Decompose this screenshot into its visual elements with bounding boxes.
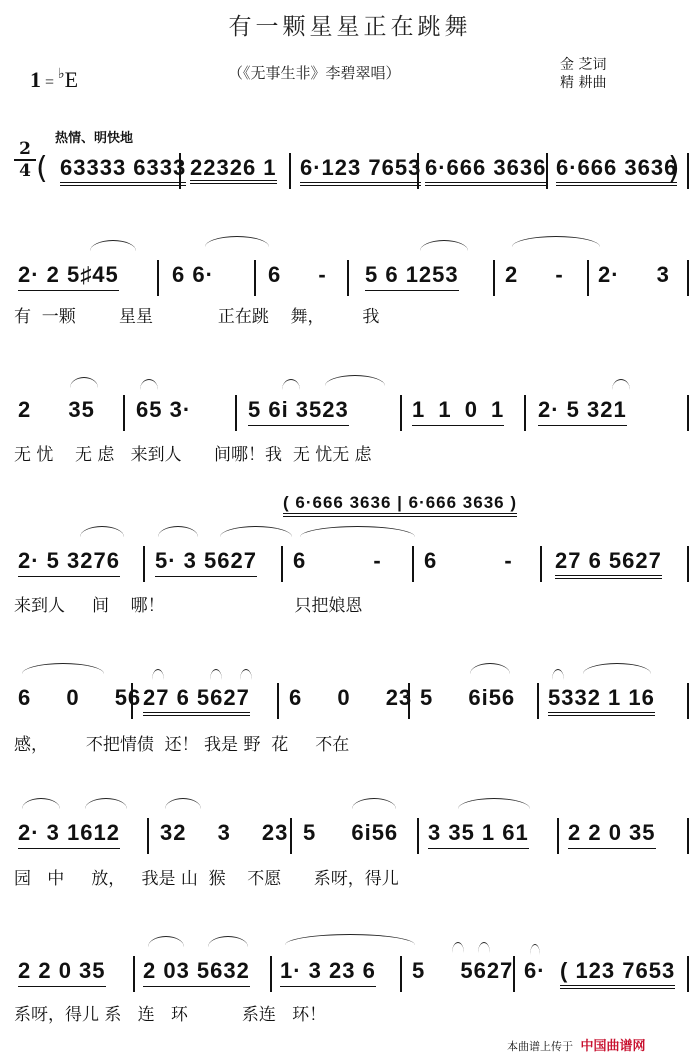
note-group: 27 6 5627 (555, 548, 662, 579)
note-group: 6 - (268, 262, 327, 288)
note-group-text: 22326 1 (190, 155, 277, 184)
slur (452, 942, 464, 953)
slur (612, 379, 630, 390)
slur (240, 669, 252, 680)
barline (493, 260, 495, 296)
lyrics-line-2: 有 一颗 星星 正在跳 舞， 我 (14, 302, 379, 327)
open-paren: ( (36, 151, 48, 186)
slur (512, 236, 600, 247)
barline (540, 546, 542, 582)
barline (133, 956, 135, 992)
footer: 本曲谱上传于 中国曲谱网 (507, 1035, 646, 1054)
note-group: 2 2 0 35 (18, 958, 106, 987)
composer-credit: 精 耕曲 (560, 74, 606, 92)
barline (277, 683, 279, 719)
lyrics-line-3: 无 忧 无 虑 来到人 间哪！我 无 忧无 虑 (14, 440, 372, 465)
interlude-group: ( 6·666 3636 | 6·666 3636 ) (283, 490, 517, 516)
barline (557, 818, 559, 854)
barline (290, 818, 292, 854)
staff-line-7: 2 2 0 35 2 03 5632 1· 3 23 6 5 5627 6· (… (0, 958, 700, 998)
lyricist-name: 金 芝 (560, 56, 592, 74)
barline (123, 395, 125, 431)
song-source: （《无事生非》李碧翠唱） (228, 62, 401, 83)
barline (408, 683, 410, 719)
barline (179, 153, 181, 189)
lyricist-role: 词 (592, 56, 606, 74)
note-group: 1· 3 23 6 (280, 958, 376, 987)
slur (80, 526, 124, 537)
slur (208, 936, 248, 947)
staff-line-1: ( 63333 6333 22326 1 6·123 7653 6·666 36… (0, 155, 700, 195)
note-group: 5 6 1253 (365, 262, 459, 291)
lyrics-line-6: 园 中 放， 我是 山 猴 不愿 系呀，得儿 (14, 864, 399, 889)
tempo-marking: 热情、明快地 (55, 127, 133, 146)
slur (70, 377, 98, 388)
barline (347, 260, 349, 296)
barline (131, 683, 133, 719)
slur (140, 379, 158, 390)
fermata-icon (530, 944, 540, 955)
note-group: 6 0 56 (18, 685, 141, 711)
note-group: 27 6 5627 (143, 685, 250, 716)
barline (687, 260, 689, 296)
note-group: 6 0 23 (289, 685, 412, 711)
barline (289, 153, 291, 189)
staff-line-2: 2· 2 5♯45 6 6· 6 - 5 6 1253 2 - 2· 3 (0, 262, 700, 302)
note-group: 2 - (505, 262, 564, 288)
barline (546, 153, 548, 189)
note-group: 5 6i 3523 (248, 397, 349, 426)
note-group: 6·666 3636 (556, 155, 677, 186)
key-signature: 1=♭E (30, 66, 78, 93)
barline (687, 153, 689, 189)
interlude-notes: ( 6·666 3636 | 6·666 3636 ) (283, 493, 517, 517)
composer-name: 精 耕 (560, 74, 592, 92)
barline (281, 546, 283, 582)
flat-icon: ♭ (58, 67, 65, 82)
slur (325, 375, 385, 386)
slur (22, 663, 104, 674)
staff-line-3: 2 35 65 3· 5 6i 3523 1 1 0 1 2· 5 321 (0, 397, 700, 437)
barline (687, 683, 689, 719)
barline (235, 395, 237, 431)
note-group: 5332 1 16 (548, 685, 655, 716)
credits: 金 芝词 精 耕曲 (560, 56, 606, 92)
composer-role: 曲 (592, 74, 606, 92)
note-group: 2 03 5632 (143, 958, 250, 987)
barline (417, 818, 419, 854)
slur (22, 798, 60, 809)
note-group: 2· 5 321 (538, 397, 627, 426)
staff-line-4: 2· 5 3276 5· 3 5627 6 - 6 - 27 6 5627 (0, 548, 700, 588)
note-group: 32 3 23 (160, 820, 288, 846)
note-group: ( 123 7653 (560, 958, 675, 989)
slur (458, 798, 530, 809)
note-group: 1 1 0 1 (412, 397, 504, 426)
note-group: 2· 5 3276 (18, 548, 120, 577)
staff-line-5: 6 0 56 27 6 5627 6 0 23 5 6i56 5332 1 16 (0, 685, 700, 725)
slur (300, 526, 415, 537)
key-note: E (65, 67, 78, 92)
slur (90, 240, 136, 251)
barline (143, 546, 145, 582)
slur (220, 526, 292, 537)
slur (165, 798, 201, 809)
slur (552, 669, 564, 680)
slur (352, 798, 396, 809)
barline (400, 956, 402, 992)
staff-line-6: 2· 3 1612 32 3 23 5 6i56 3 35 1 61 2 2 0… (0, 820, 700, 860)
barline (687, 395, 689, 431)
close-paren: ) (668, 151, 680, 186)
note-group: 3 35 1 61 (428, 820, 529, 849)
footer-text: 本曲谱上传于 (507, 1040, 573, 1053)
barline (524, 395, 526, 431)
note-group: 63333 6333 (60, 155, 186, 186)
note-group: 65 3· (136, 397, 191, 423)
barline (417, 153, 419, 189)
note-group: 6·123 7653 (300, 155, 421, 186)
note-group: 2 2 0 35 (568, 820, 656, 849)
barline (687, 546, 689, 582)
note-group: 2· 3 1612 (18, 820, 120, 849)
note-group: 6 - (424, 548, 513, 574)
barline (587, 260, 589, 296)
slur (282, 379, 300, 390)
barline (687, 956, 689, 992)
slur (158, 526, 198, 537)
note-group: 6 - (293, 548, 382, 574)
note-group: 2 35 (18, 397, 95, 423)
note-group: 2· 3 (598, 262, 670, 288)
slur (478, 942, 490, 953)
note-group: 6·666 3636 (425, 155, 546, 186)
key-equals: = (45, 74, 54, 91)
slur (210, 669, 222, 680)
note-group: 5 5627 (412, 958, 513, 984)
lyrics-line-4: 来到人 间 哪！ 只把娘恩 (14, 591, 362, 616)
barline (412, 546, 414, 582)
slur (583, 663, 651, 674)
note-group: 2· 2 5♯45 (18, 262, 119, 291)
barline (537, 683, 539, 719)
song-title: 有一颗星星正在跳舞 (0, 8, 700, 41)
barline (513, 956, 515, 992)
lyrics-line-5: 感， 不把情债 还！ 我是 野 花 不在 (14, 730, 349, 755)
barline (400, 395, 402, 431)
slur (152, 669, 164, 680)
note-group: 6· (524, 958, 546, 984)
slur (285, 934, 415, 945)
note-group: 5· 3 5627 (155, 548, 257, 577)
barline (270, 956, 272, 992)
slur (148, 936, 184, 947)
note-group: 22326 1 (190, 155, 277, 181)
barline (157, 260, 159, 296)
note-group: 6 6· (172, 262, 214, 288)
note-group: 5 6i56 (420, 685, 515, 711)
slur (85, 798, 127, 809)
barline (687, 818, 689, 854)
slur (420, 240, 468, 251)
note-group: 5 6i56 (303, 820, 398, 846)
lyricist-credit: 金 芝词 (560, 56, 606, 74)
lyrics-line-7: 系呀，得儿 系 连 环 系连 环！ (14, 1000, 326, 1025)
barline (254, 260, 256, 296)
key-tonic: 1 (30, 67, 41, 92)
barline (147, 818, 149, 854)
slur (205, 236, 269, 247)
site-logo[interactable]: 中国曲谱网 (581, 1039, 646, 1054)
slur (470, 663, 510, 674)
